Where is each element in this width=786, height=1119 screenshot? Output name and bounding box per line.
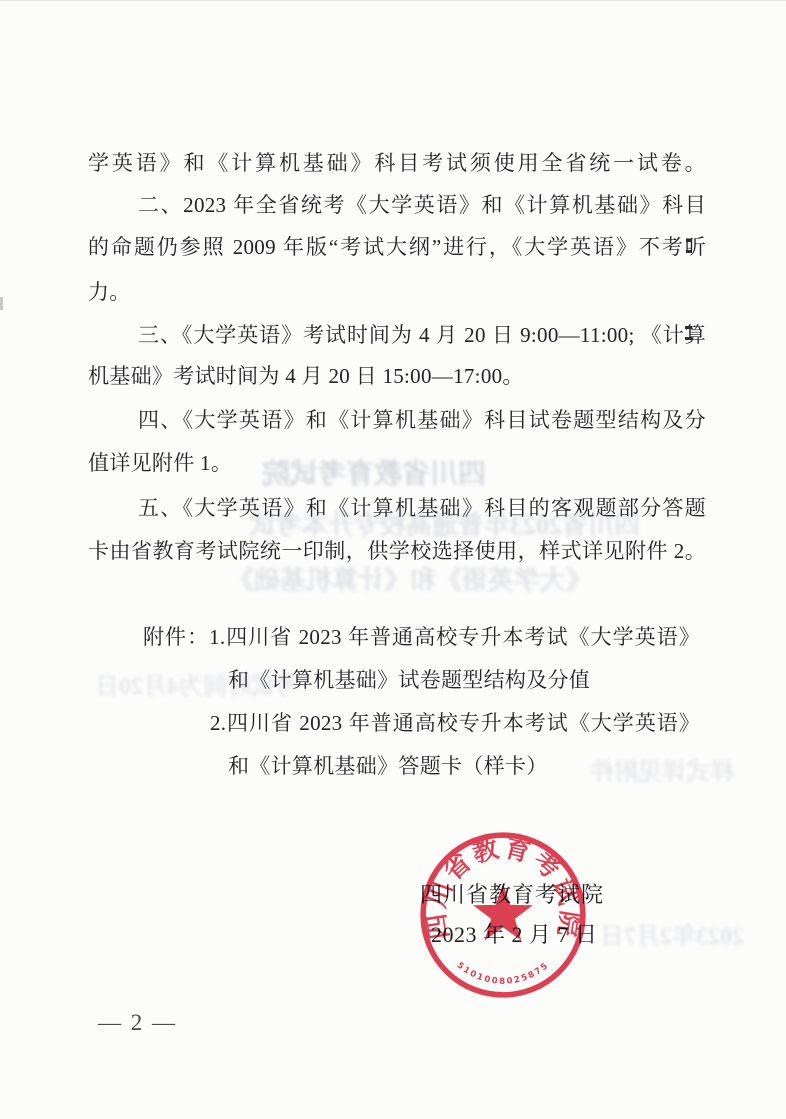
scan-artifact-tick — [0, 297, 3, 310]
bleed-through-text: 2023年2月7日 — [600, 916, 744, 951]
scanned-document-page: 四川省教育考试院 四川省2023年普通高校专升本考试 《大学英语》和《计算机基础… — [0, 0, 786, 1119]
attachment-item-2-line-2: 和《计算机基础》答题卡（样卡） — [228, 753, 548, 780]
bleed-through-text: 样式详见附件 — [590, 752, 734, 787]
scan-artifact-tick — [686, 250, 692, 253]
official-seal: 四川省教育考试院 5101008025875 — [412, 824, 594, 1006]
body-line: 三、《大学英语》考试时间为 4 月 20 日 9:00—11:00; 《计算 — [138, 322, 706, 349]
scan-artifact-tick — [685, 337, 692, 340]
scan-top-edge-line — [0, 0, 786, 1]
body-line: 力。 — [88, 279, 131, 306]
attachment-item-1-line-2: 和《计算机基础》试卷题型结构及分值 — [228, 667, 590, 694]
body-line: 二、2023 年全省统考《大学英语》和《计算机基础》科目 — [138, 192, 706, 219]
seal-star-icon — [473, 884, 533, 941]
seal-serial-number: 5101008025875 — [455, 960, 552, 986]
attachment-label: 附件： — [143, 625, 209, 649]
bleed-through-text: 《大学英语》和《计算机基础》 — [228, 560, 592, 597]
body-line: 值详见附件 1。 — [88, 450, 232, 477]
bleed-through-text: 四川省教育考试院 — [262, 452, 486, 492]
body-line: 的命题仍参照 2009 年版“考试大纲”进行，《大学英语》不考听 — [88, 234, 706, 261]
body-line: 卡由省教育考试院统一印制，供学校选择使用，样式详见附件 2。 — [88, 538, 706, 565]
attachment-item-1-text: 1.四川省 2023 年普通高校专升本考试《大学英语》 — [209, 625, 700, 649]
scan-artifact-tick — [686, 239, 692, 242]
body-line: 五、《大学英语》和《计算机基础》科目的客观题部分答题 — [138, 495, 706, 522]
body-line: 四、《大学英语》和《计算机基础》科目试卷题型结构及分 — [138, 407, 706, 434]
body-line: 机基础》考试时间为 4 月 20 日 15:00—17:00。 — [88, 363, 524, 390]
attachment-item-1-line-1: 附件：1.四川省 2023 年普通高校专升本考试《大学英语》 — [143, 624, 700, 651]
page-number: — 2 — — [98, 1010, 177, 1036]
attachment-item-2-line-1: 2.四川省 2023 年普通高校专升本考试《大学英语》 — [210, 710, 700, 737]
body-line: 学英语》和《计算机基础》科目考试须使用全省统一试卷。 — [88, 150, 706, 177]
scan-artifact-tick — [685, 326, 692, 329]
scan-artifact-tick — [687, 413, 692, 415]
svg-text:5101008025875: 5101008025875 — [455, 960, 552, 986]
